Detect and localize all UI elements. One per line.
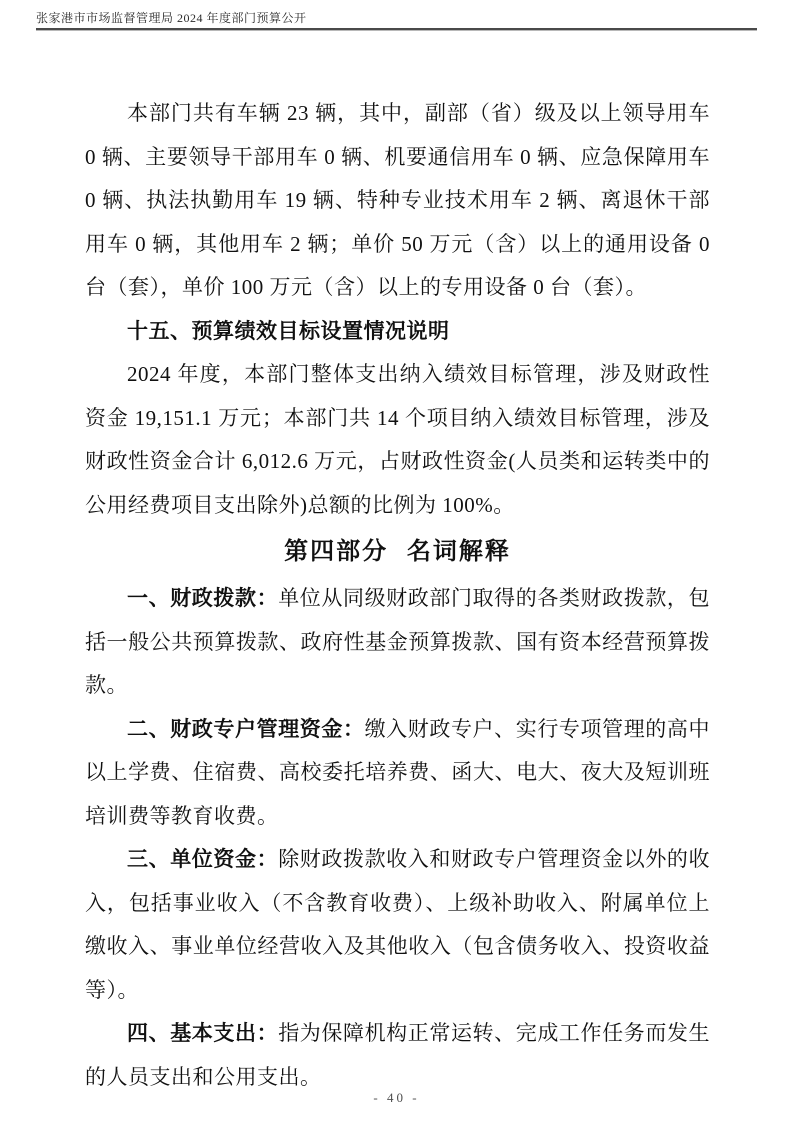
page-number: - 40 - — [373, 1090, 419, 1105]
heading-performance-targets: 十五、预算绩效目标设置情况说明 — [85, 310, 710, 354]
term-unit-funds: 三、单位资金：除财政拨款收入和财政专户管理资金以外的收入，包括事业收入（不含教育… — [85, 838, 710, 1012]
document-body: 本部门共有车辆 23 辆，其中，副部（省）级及以上领导用车 0 辆、主要领导干部… — [85, 92, 710, 1099]
document-page: 张家港市市场监督管理局 2024 年度部门预算公开 本部门共有车辆 23 辆，其… — [0, 0, 793, 1122]
term-basic-expenditure: 四、基本支出：指为保障机构正常运转、完成工作任务而发生的人员支出和公用支出。 — [85, 1012, 710, 1099]
paragraph-performance: 2024 年度，本部门整体支出纳入绩效目标管理，涉及财政性资金 19,151.1… — [85, 353, 710, 527]
part-four-title: 第四部分 名词解释 — [85, 527, 710, 577]
page-footer: - 40 - — [0, 1090, 793, 1106]
term-fiscal-special-account: 二、财政专户管理资金：缴入财政专户、实行专项管理的高中以上学费、住宿费、高校委托… — [85, 708, 710, 839]
term-label: 一、财政拨款： — [127, 587, 278, 610]
header-title: 张家港市市场监督管理局 2024 年度部门预算公开 — [36, 11, 307, 25]
term-label: 三、单位资金： — [127, 848, 278, 871]
page-header: 张家港市市场监督管理局 2024 年度部门预算公开 — [36, 11, 757, 30]
term-label: 二、财政专户管理资金： — [127, 718, 365, 741]
term-fiscal-appropriation: 一、财政拨款：单位从同级财政部门取得的各类财政拨款，包括一般公共预算拨款、政府性… — [85, 577, 710, 708]
paragraph-vehicles: 本部门共有车辆 23 辆，其中，副部（省）级及以上领导用车 0 辆、主要领导干部… — [85, 92, 710, 310]
term-label: 四、基本支出： — [127, 1022, 278, 1045]
